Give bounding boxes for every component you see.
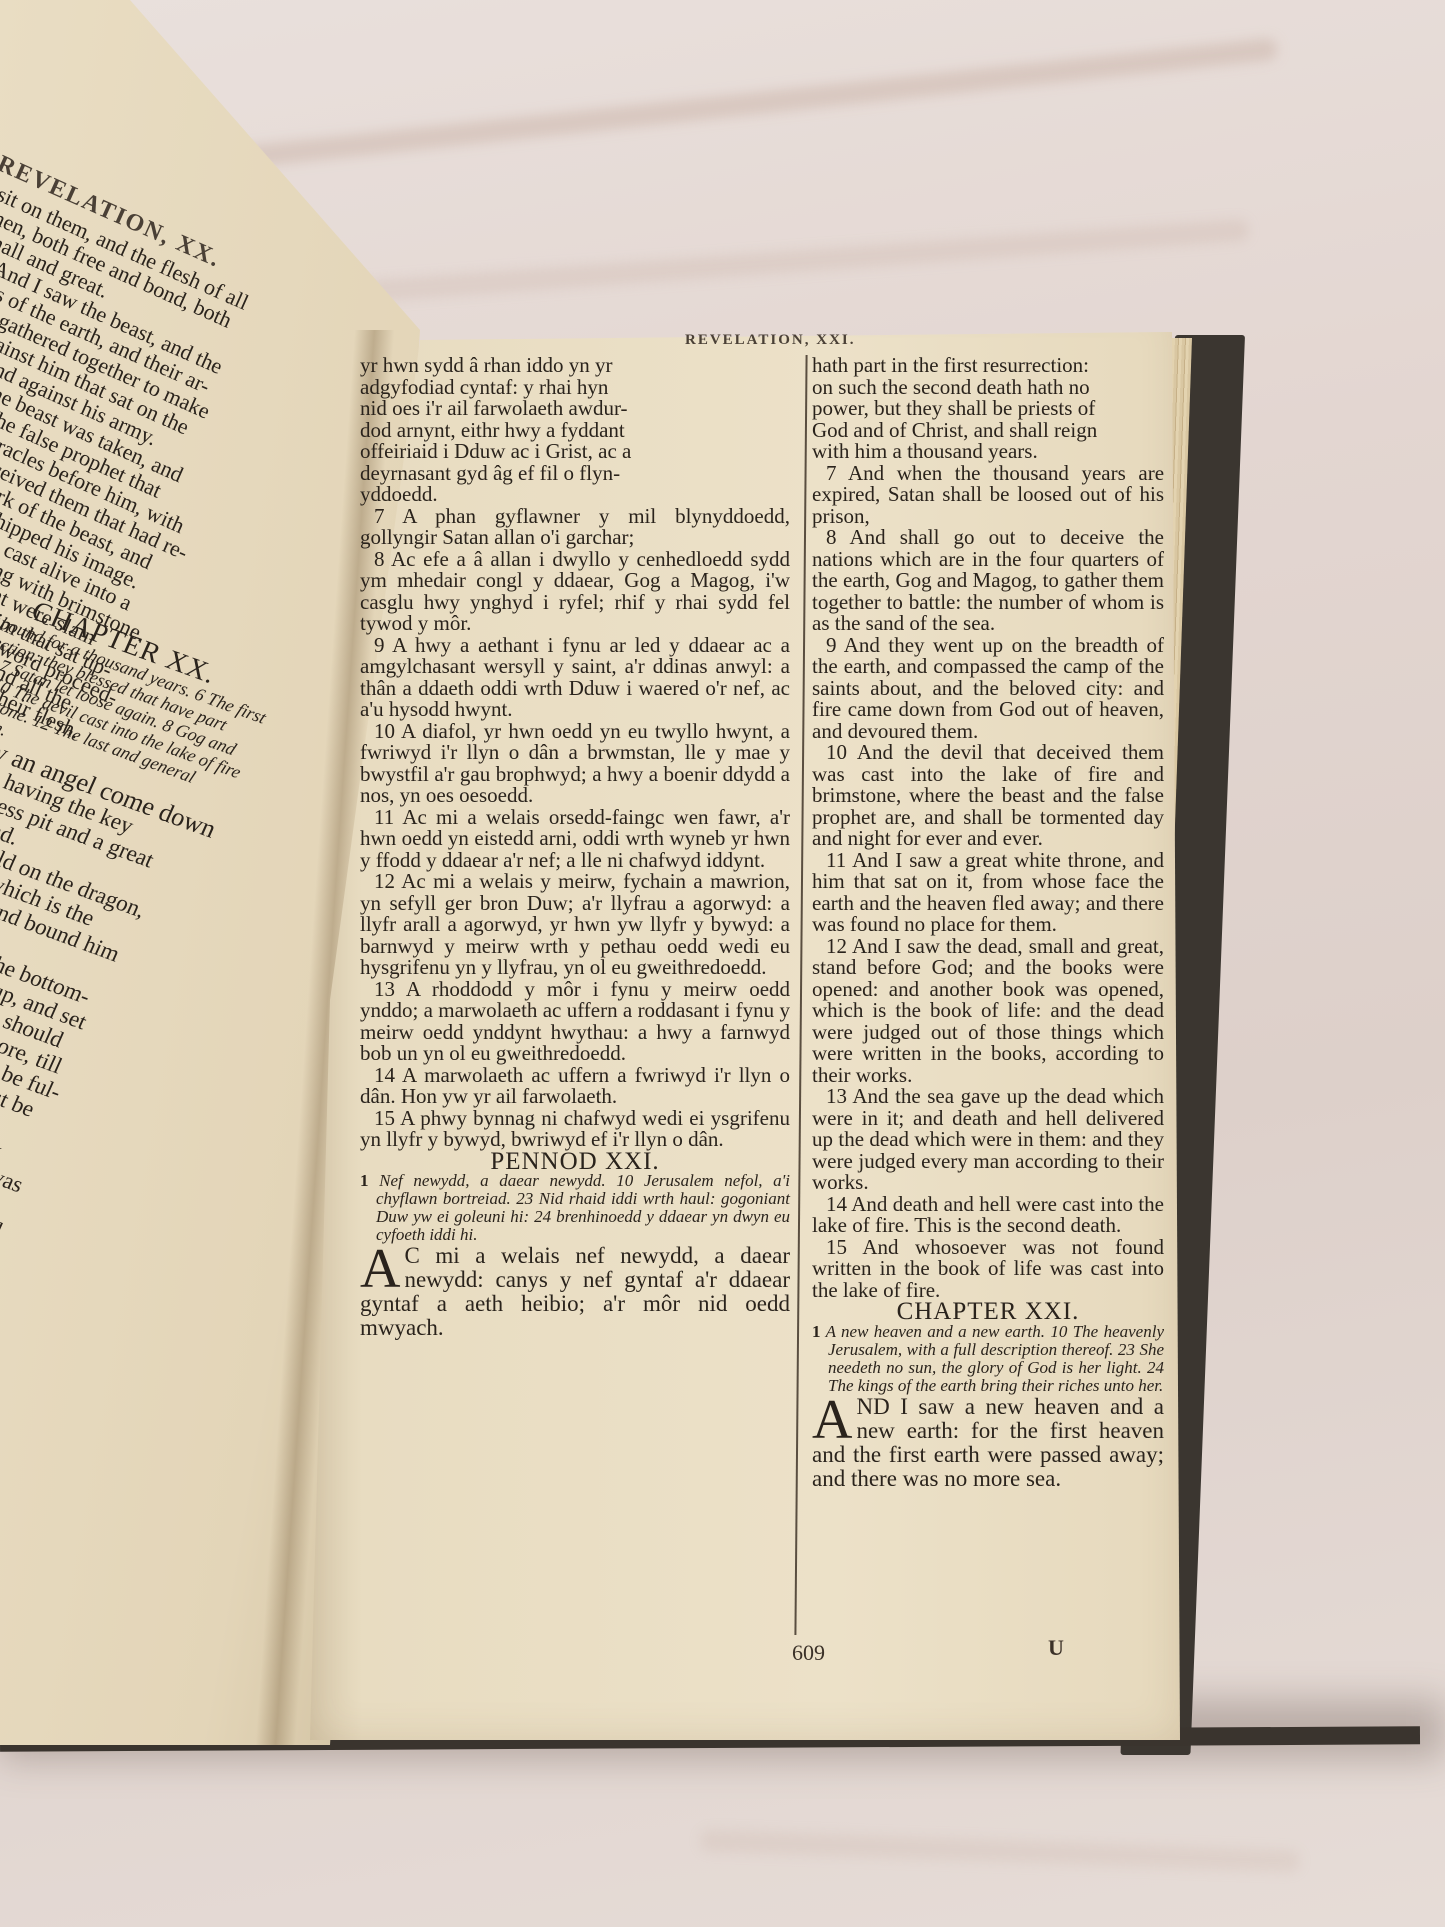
summary-number: 1 <box>360 1171 369 1190</box>
welsh-column: yr hwn sydd â rhan iddo yn yr adgyfodiad… <box>360 355 790 1340</box>
verse-text: C mi a welais nef newydd, a daear newydd… <box>360 1243 790 1340</box>
marble-streak <box>700 1830 1300 1873</box>
chapter-summary: 1 A new heaven and a new earth. 10 The h… <box>812 1323 1164 1395</box>
verse-text: A diafol, yr hwn oedd yn eu twyllo hwynt… <box>360 719 790 808</box>
verse: 10 And the devil that deceived them was … <box>812 742 1164 850</box>
text-line: hath part in the first resurrection: <box>812 355 1164 377</box>
verse-text: A phan gyflawner y mil blynyddoedd, goll… <box>360 504 790 550</box>
text-line: with him a thousand years. <box>812 441 1164 463</box>
signature-mark: U <box>1048 1635 1064 1661</box>
text-line: yr hwn sydd â rhan iddo yn yr <box>360 355 790 377</box>
verse-number: 9 <box>826 633 837 657</box>
verse: 14 And death and hell were cast into the… <box>812 1194 1164 1237</box>
verse-number: 14 <box>826 1192 847 1216</box>
verse-number: 7 <box>826 461 837 485</box>
verse-text: And whosoever was not found written in t… <box>812 1235 1164 1302</box>
marble-streak <box>350 219 1249 304</box>
verse-number: 10 <box>826 740 847 764</box>
text-line: dod arnynt, eithr hwy a fyddant <box>360 420 790 442</box>
verse-number: 15 <box>374 1106 395 1130</box>
verse-text: And the sea gave up the dead which were … <box>812 1084 1164 1194</box>
english-column: hath part in the first resurrection: on … <box>812 355 1164 1491</box>
verse: 13 A rhoddodd y môr i fynu y meirw oedd … <box>360 979 790 1065</box>
text-line: deyrnasant gyd âg ef fil o flyn- <box>360 463 790 485</box>
verse: 9 And they went up on the breadth of the… <box>812 635 1164 743</box>
verse-number: 10 <box>374 719 395 743</box>
text-line: nid oes i'r ail farwolaeth awdur- <box>360 398 790 420</box>
drop-cap: A <box>812 1397 852 1443</box>
verse-text: A rhoddodd y môr i fynu y meirw oedd ynd… <box>360 977 790 1066</box>
verse: 10 A diafol, yr hwn oedd yn eu twyllo hw… <box>360 721 790 807</box>
chapter-heading: CHAPTER XXI. <box>812 1301 1164 1323</box>
verse-text: A hwy a aethant i fynu ar led y ddaear a… <box>360 633 790 722</box>
text-line: adgyfodiad cyntaf: y rhai hyn <box>360 377 790 399</box>
verse-number: 14 <box>374 1063 395 1087</box>
verse: 15 And whosoever was not found written i… <box>812 1237 1164 1302</box>
verse-text: ND I saw a new heaven and a new earth: f… <box>812 1394 1164 1491</box>
verse: 11 And I saw a great white throne, and h… <box>812 850 1164 936</box>
verse-number: 15 <box>826 1235 847 1259</box>
verse-1: AND I saw a new heaven and a new earth: … <box>812 1395 1164 1491</box>
verse-text: A marwolaeth ac uffern a fwriwyd i'r lly… <box>360 1063 790 1109</box>
verse-text: Ac mi a welais orsedd-faingc wen fawr, a… <box>360 805 790 872</box>
verse-number: 8 <box>826 525 837 549</box>
verse-text: Ac mi a welais y meirw, fychain a mawrio… <box>360 869 790 979</box>
verse-number: 9 <box>374 633 385 657</box>
verse: 11 Ac mi a welais orsedd-faingc wen fawr… <box>360 807 790 872</box>
marble-streak <box>182 38 1278 175</box>
summary-number: 1 <box>812 1322 821 1341</box>
verse: 15 A phwy bynnag ni chafwyd wedi ei ysgr… <box>360 1108 790 1151</box>
drop-cap: A <box>360 1246 400 1292</box>
verse-text: And the devil that deceived them was cas… <box>812 740 1164 850</box>
verse: 13 And the sea gave up the dead which we… <box>812 1086 1164 1194</box>
verse: 7 And when the thousand years are expire… <box>812 463 1164 528</box>
verse-text: And when the thousand years are expired,… <box>812 461 1164 528</box>
verse-number: 11 <box>826 848 846 872</box>
verse: 8 Ac efe a â allan i dwyllo y cenhedloed… <box>360 549 790 635</box>
text-line: offeiriaid i Dduw ac i Grist, ac a <box>360 441 790 463</box>
verse-text: And I saw a great white throne, and him … <box>812 848 1164 937</box>
verse-number: 12 <box>826 934 847 958</box>
verse: 12 Ac mi a welais y meirw, fychain a maw… <box>360 871 790 979</box>
verse-text: And I saw the dead, small and great, sta… <box>812 934 1164 1087</box>
chapter-heading: PENNOD XXI. <box>360 1151 790 1173</box>
text-line: power, but they shall be priests of <box>812 398 1164 420</box>
verse-text: Ac efe a â allan i dwyllo y cenhedloedd … <box>360 547 790 636</box>
verse-number: 13 <box>374 977 395 1001</box>
right-running-head: REVELATION, XXI. <box>685 332 856 349</box>
verse: 9 A hwy a aethant i fynu ar led y ddaear… <box>360 635 790 721</box>
verse: 8 And shall go out to deceive the nation… <box>812 527 1164 635</box>
verse: 14 A marwolaeth ac uffern a fwriwyd i'r … <box>360 1065 790 1108</box>
summary-text: Nef newydd, a daear newydd. 10 Jerusalem… <box>376 1171 790 1244</box>
verse-number: 11 <box>374 805 394 829</box>
verse-number: 8 <box>374 547 385 571</box>
summary-text: A new heaven and a new earth. 10 The hea… <box>826 1322 1164 1395</box>
verse: 7 A phan gyflawner y mil blynyddoedd, go… <box>360 506 790 549</box>
verse-1: AC mi a welais nef newydd, a daear newyd… <box>360 1244 790 1340</box>
page-number: 609 <box>792 1640 825 1666</box>
verse-text: And death and hell were cast into the la… <box>812 1192 1164 1238</box>
text-line: yddoedd. <box>360 484 790 506</box>
text-line: God and of Christ, and shall reign <box>812 420 1164 442</box>
verse-text: A phwy bynnag ni chafwyd wedi ei ysgrife… <box>360 1106 790 1152</box>
verse-text: And they went up on the breadth of the e… <box>812 633 1164 743</box>
verse-number: 12 <box>374 869 395 893</box>
left-page-lower-text: CHAPTER XX. 2 Satan bound for a thousand… <box>0 570 298 1559</box>
verse-text: And shall go out to deceive the nations … <box>812 525 1164 635</box>
verse-number: 7 <box>374 504 385 528</box>
verse: 12 And I saw the dead, small and great, … <box>812 936 1164 1087</box>
chapter-summary: 1 Nef newydd, a daear newydd. 10 Jerusal… <box>360 1172 790 1244</box>
text-line: on such the second death hath no <box>812 377 1164 399</box>
verse-number: 13 <box>826 1084 847 1108</box>
